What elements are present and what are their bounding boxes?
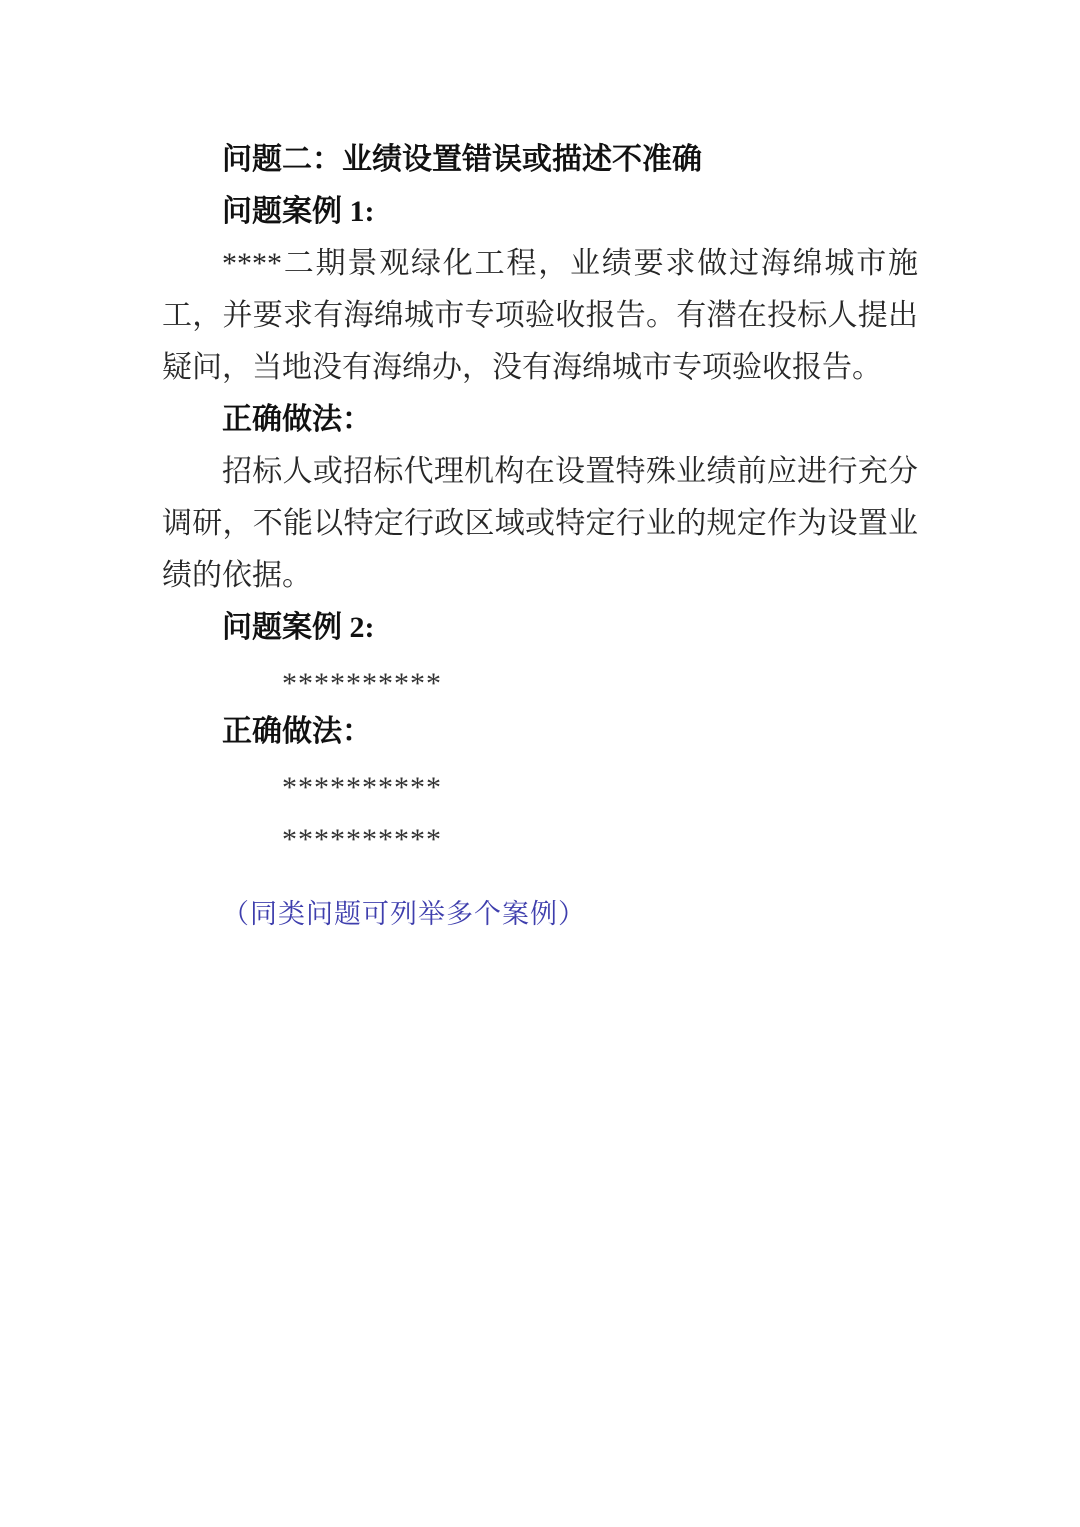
note-multiple-cases: （同类问题可列举多个案例） [162, 888, 918, 940]
case-2-label: 问题案例 2: [162, 602, 918, 654]
correct-practice-2-placeholder-2-text: ********** [222, 814, 442, 866]
case-2-placeholder: ********** [162, 654, 918, 706]
case-1-label: 问题案例 1: [162, 186, 918, 238]
document-page: 问题二：业绩设置错误或描述不准确 问题案例 1: ****二期景观绿化工程，业绩… [0, 0, 1080, 1527]
case-2-placeholder-text: ********** [222, 658, 442, 710]
correct-practice-1-label: 正确做法： [162, 394, 918, 446]
correct-practice-2-placeholder-2: ********** [162, 810, 918, 862]
section-heading: 问题二：业绩设置错误或描述不准确 [162, 134, 918, 186]
correct-practice-2-placeholder-1: ********** [162, 758, 918, 810]
case-1-body: ****二期景观绿化工程，业绩要求做过海绵城市施工，并要求有海绵城市专项验收报告… [162, 238, 918, 394]
correct-practice-2-label: 正确做法： [162, 706, 918, 758]
correct-practice-1-body: 招标人或招标代理机构在设置特殊业绩前应进行充分调研，不能以特定行政区域或特定行业… [162, 446, 918, 602]
correct-practice-2-placeholder-1-text: ********** [222, 762, 442, 814]
